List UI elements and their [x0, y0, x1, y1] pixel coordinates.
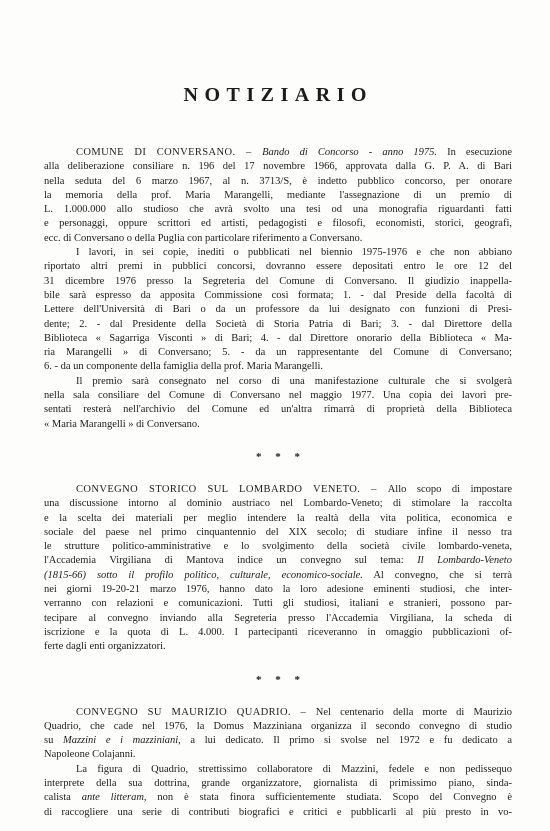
text-run: iscrizione e la quota di L. 4.000. I par…	[44, 627, 512, 638]
text-line: Il premio sarà consegnato nel corso di u…	[44, 375, 512, 389]
text-line: nella seduta del 6 marzo 1967, al n. 371…	[44, 175, 512, 189]
text-line: dente; 2. - dal Presidente della Società…	[44, 318, 512, 332]
text-line: I lavori, in sei copie, inediti o pubbli…	[44, 246, 512, 260]
notice-section-convegno-maurizio-quadrio: CONVEGNO SU MAURIZIO QUADRIO. – Nel cent…	[44, 706, 512, 820]
text-run: , non è stata finora sufficientemente st…	[144, 792, 512, 803]
text-line: Quadrio, che cade nel 1976, la Domus Maz…	[44, 720, 512, 734]
text-run: Biblioteca « Sagarriga Visconti » di Bar…	[44, 333, 512, 344]
text-run: Napoleone Colajanni.	[44, 749, 136, 760]
text-run: interprete della sua dottrina, grande or…	[44, 778, 512, 789]
notices: COMUNE DI CONVERSANO. – Bando di Concors…	[44, 146, 512, 820]
text-run: bile sarà espresso da apposita Commissio…	[44, 290, 512, 301]
text-run: Allo scopo di impostare	[388, 484, 512, 495]
text-run: su	[44, 735, 63, 746]
text-run: calista	[44, 792, 82, 803]
text-run: dente; 2. - dal Presidente della Società…	[44, 319, 512, 330]
text-run: l'Accademia Virgiliana di Mantova indice…	[44, 555, 417, 566]
text-run: tecipare al convegno inviando alla Segre…	[44, 613, 512, 624]
text-run: ria Marangelli » di Conversano; 5. - da …	[44, 347, 512, 358]
text-run: La figura di Quadrio, strettissimo colla…	[76, 764, 512, 775]
text-run: e personaggi, oppure scrittori ed artist…	[44, 218, 512, 229]
text-run: una discussione intorno al dominio austr…	[44, 498, 512, 509]
text-run: Nel centenario della morte di Maurizio	[316, 707, 512, 718]
text-run: , a lui dedicato. Il primo si svolse nel…	[178, 735, 512, 746]
text-run: (1815-66) sotto il profilo politico, cul…	[44, 570, 363, 581]
text-run: sentati resterà nell'archivio del Comune…	[44, 404, 512, 415]
text-run: nei giorni 19-20-21 marzo 1976, hanno da…	[44, 584, 512, 595]
text-line: e personaggi, oppure scrittori ed artist…	[44, 217, 512, 231]
text-run: Il premio sarà consegnato nel corso di u…	[76, 376, 512, 387]
notice-heading: CONVEGNO STORICO SUL LOMBARDO VENETO. –	[76, 484, 388, 495]
text-line: nei giorni 19-20-21 marzo 1976, hanno da…	[44, 583, 512, 597]
text-line: di raccogliere una serie di contributi b…	[44, 806, 512, 820]
text-line: una discussione intorno al dominio austr…	[44, 497, 512, 511]
text-line: Napoleone Colajanni.	[44, 748, 512, 762]
section-separator: * * *	[44, 674, 512, 686]
text-run: I lavori, in sei copie, inediti o pubbli…	[76, 247, 512, 258]
text-run: Al convegno, che si terrà	[363, 570, 512, 581]
text-run: Mazzini e i mazziniani	[63, 735, 178, 746]
text-run: le strutture politico-amministrative e l…	[44, 541, 512, 552]
text-line: e la scelta dei materiali per meglio int…	[44, 512, 512, 526]
text-run: nella sala consiliare del Comune di Conv…	[44, 390, 512, 401]
text-line: « Maria Marangelli » di Conversano.	[44, 418, 512, 432]
notice-heading: CONVEGNO SU MAURIZIO QUADRIO. –	[76, 707, 316, 718]
text-line: Biblioteca « Sagarriga Visconti » di Bar…	[44, 332, 512, 346]
text-run: verranno con relazioni e comunicazioni. …	[44, 598, 512, 609]
text-line: calista ante litteram, non è stata finor…	[44, 791, 512, 805]
text-line: tecipare al convegno inviando alla Segre…	[44, 612, 512, 626]
text-run: alla deliberazione consiliare n. 196 del…	[44, 161, 512, 172]
text-line: bile sarà espresso da apposita Commissio…	[44, 289, 512, 303]
text-line: iscrizione e la quota di L. 4.000. I par…	[44, 626, 512, 640]
text-line: ria Marangelli » di Conversano; 5. - da …	[44, 346, 512, 360]
text-run: ecc. di Conversano o della Puglia con pa…	[44, 233, 362, 244]
text-line: verranno con relazioni e comunicazioni. …	[44, 597, 512, 611]
notice-section-convegno-storico-lombardo-veneto: CONVEGNO STORICO SUL LOMBARDO VENETO. – …	[44, 483, 512, 655]
text-line: la memoria della prof. Maria Marangelli,…	[44, 189, 512, 203]
text-line: CONVEGNO SU MAURIZIO QUADRIO. – Nel cent…	[44, 706, 512, 720]
text-run: 6. - da un componente della famiglia del…	[44, 361, 323, 372]
text-run: di raccogliere una serie di contributi b…	[44, 807, 512, 818]
text-run: e la scelta dei materiali per meglio int…	[44, 513, 512, 524]
text-line: sociale del paese nel primo cinquantenni…	[44, 526, 512, 540]
notice-heading: COMUNE DI CONVERSANO. –	[76, 147, 262, 158]
text-run: In esecuzione	[437, 147, 512, 158]
text-line: ecc. di Conversano o della Puglia con pa…	[44, 232, 512, 246]
text-run: nella seduta del 6 marzo 1967, al n. 371…	[44, 176, 512, 187]
text-run: 31 dicembre 1976 presso la Segreteria de…	[44, 276, 512, 287]
text-run: riportato altri premi in pubblici concor…	[44, 261, 512, 272]
text-line: riportato altri premi in pubblici concor…	[44, 260, 512, 274]
text-line: Lettere dell'Università di Bari o da un …	[44, 303, 512, 317]
text-line: ferte dagli enti organizzatori.	[44, 640, 512, 654]
document-page: NOTIZIARIO COMUNE DI CONVERSANO. – Bando…	[0, 0, 550, 831]
text-line: interprete della sua dottrina, grande or…	[44, 777, 512, 791]
text-line: 6. - da un componente della famiglia del…	[44, 360, 512, 374]
page-title: NOTIZIARIO	[0, 84, 550, 107]
text-line: l'Accademia Virgiliana di Mantova indice…	[44, 554, 512, 568]
text-run: Quadrio, che cade nel 1976, la Domus Maz…	[44, 721, 512, 732]
text-line: 31 dicembre 1976 presso la Segreteria de…	[44, 275, 512, 289]
text-line: le strutture politico-amministrative e l…	[44, 540, 512, 554]
text-run: « Maria Marangelli » di Conversano.	[44, 419, 200, 430]
notice-section-comune-di-conversano: COMUNE DI CONVERSANO. – Bando di Concors…	[44, 146, 512, 432]
text-run: sociale del paese nel primo cinquantenni…	[44, 527, 512, 538]
text-line: sentati resterà nell'archivio del Comune…	[44, 403, 512, 417]
text-run: Lettere dell'Università di Bari o da un …	[44, 304, 512, 315]
text-run: la memoria della prof. Maria Marangelli,…	[44, 190, 512, 201]
text-line: COMUNE DI CONVERSANO. – Bando di Concors…	[44, 146, 512, 160]
text-line: su Mazzini e i mazziniani, a lui dedicat…	[44, 734, 512, 748]
text-run: Il Lombardo-Veneto	[417, 555, 512, 566]
text-line: alla deliberazione consiliare n. 196 del…	[44, 160, 512, 174]
section-separator: * * *	[44, 451, 512, 463]
text-line: nella sala consiliare del Comune di Conv…	[44, 389, 512, 403]
text-line: L. 1.000.000 allo studioso che avrà svol…	[44, 203, 512, 217]
text-line: La figura di Quadrio, strettissimo colla…	[44, 763, 512, 777]
text-run: Bando di Concorso - anno 1975.	[262, 147, 437, 158]
text-line: (1815-66) sotto il profilo politico, cul…	[44, 569, 512, 583]
text-line: CONVEGNO STORICO SUL LOMBARDO VENETO. – …	[44, 483, 512, 497]
text-run: ferte dagli enti organizzatori.	[44, 641, 166, 652]
text-run: L. 1.000.000 allo studioso che avrà svol…	[44, 204, 512, 215]
text-run: ante litteram	[82, 792, 144, 803]
